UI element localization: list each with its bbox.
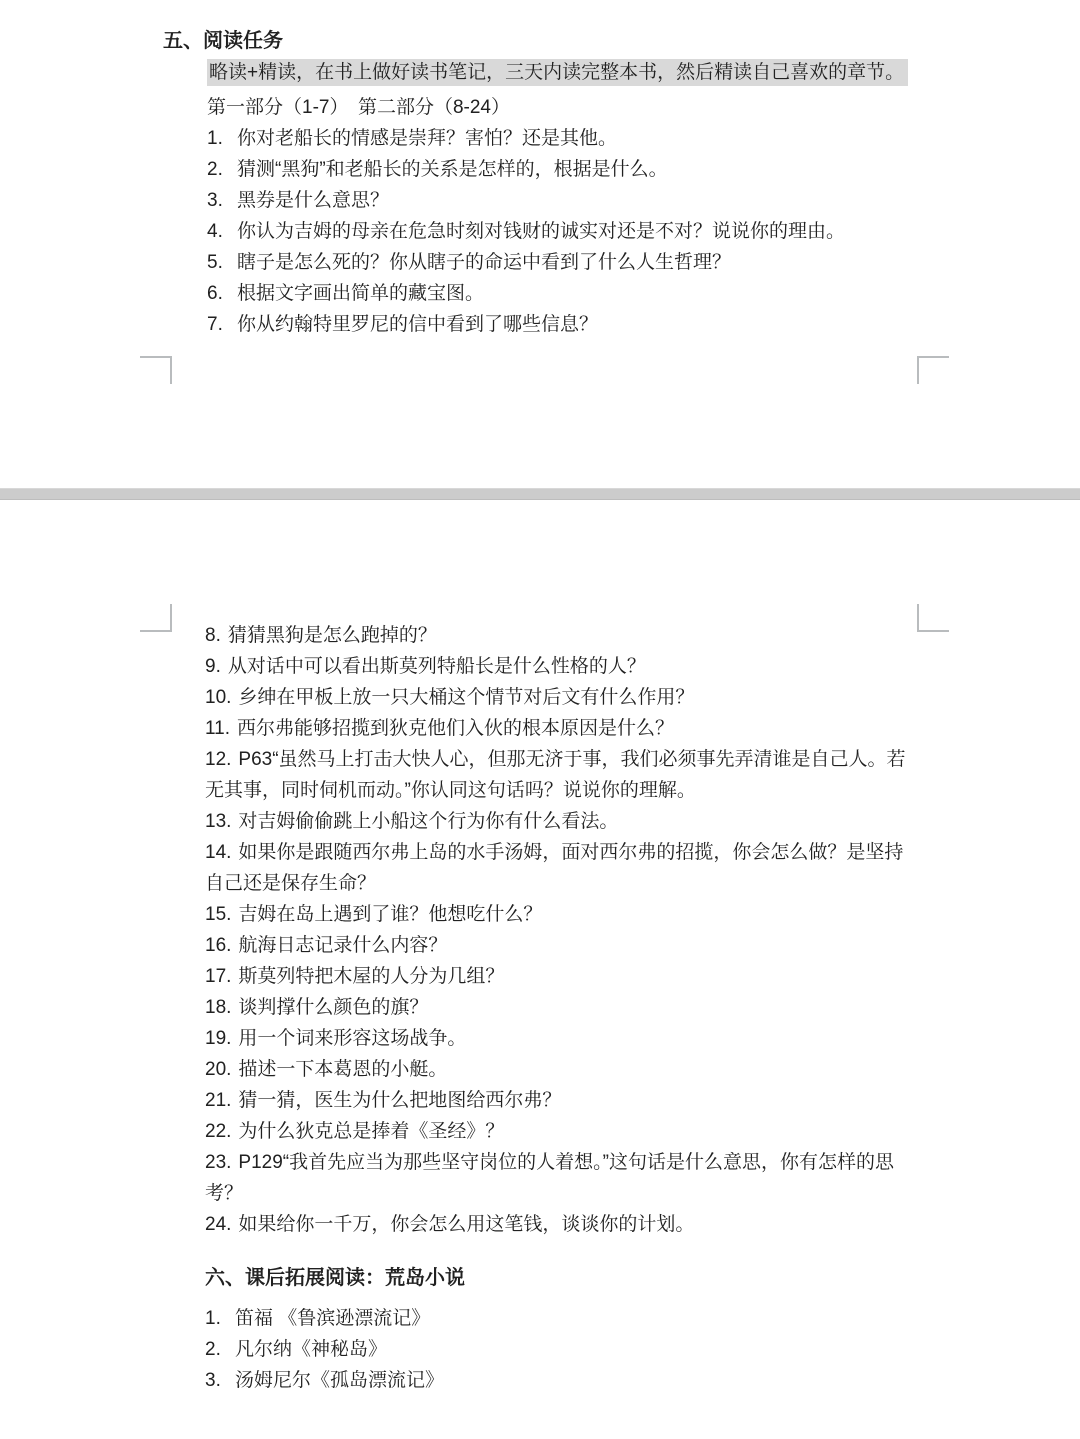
question-text: 对吉姆偷偷跳上小船这个行为你有什么看法。 xyxy=(238,811,618,832)
question-number: 7. xyxy=(207,309,237,340)
question-number: 20. xyxy=(205,1059,231,1080)
page1-bottom-left-margin-mark xyxy=(140,356,172,384)
question-text: 描述一下本葛恩的小艇。 xyxy=(238,1059,447,1080)
page2-top-left-margin-mark xyxy=(140,604,172,632)
question-item: 4. 你认为吉姆的母亲在危急时刻对钱财的诚实对还是不对？说说你的理由。 xyxy=(207,216,927,247)
question-number: 6. xyxy=(207,278,237,309)
question-item: 20.描述一下本葛恩的小艇。 xyxy=(205,1054,935,1085)
question-text: 吉姆在岛上遇到了谁？他想吃什么？ xyxy=(238,904,542,925)
question-item: 18.谈判撑什么颜色的旗？ xyxy=(205,992,935,1023)
question-number: 1. xyxy=(207,123,237,154)
question-text-continued: 考？ xyxy=(205,1178,935,1209)
question-text: 你认为吉姆的母亲在危急时刻对钱财的诚实对还是不对？说说你的理由。 xyxy=(237,216,845,247)
book-number: 3. xyxy=(205,1365,235,1396)
book-number: 1. xyxy=(205,1303,235,1334)
question-number: 9. xyxy=(205,656,221,677)
document-page-view: 五、阅读任务 略读+精读，在书上做好读书笔记，三天内读完整本书，然后精读自己喜欢… xyxy=(0,0,1080,1439)
highlighted-text: 略读+精读，在书上做好读书笔记，三天内读完整本书，然后精读自己喜欢的章节。 xyxy=(207,59,908,86)
question-text: 黑券是什么意思？ xyxy=(237,185,389,216)
question-item: 23.P129“我首先应当为那些坚守岗位的人着想。”这句话是什么意思，你有怎样的… xyxy=(205,1147,935,1209)
book-list-item: 2. 凡尔纳《神秘岛》 xyxy=(205,1334,935,1365)
question-number: 2. xyxy=(207,154,237,185)
question-item: 9.从对话中可以看出斯莫列特船长是什么性格的人？ xyxy=(205,651,935,682)
question-text: 猜一猜，医生为什么把地图给西尔弗？ xyxy=(238,1090,561,1111)
question-text: 航海日志记录什么内容？ xyxy=(238,935,447,956)
question-number: 24. xyxy=(205,1214,231,1235)
book-list-item: 3. 汤姆尼尔《孤岛漂流记》 xyxy=(205,1365,935,1396)
question-text: 从对话中可以看出斯莫列特船长是什么性格的人？ xyxy=(228,656,646,677)
question-text: 瞎子是怎么死的？你从瞎子的命运中看到了什么人生哲理？ xyxy=(237,247,731,278)
question-item: 15.吉姆在岛上遇到了谁？他想吃什么？ xyxy=(205,899,935,930)
book-title: 汤姆尼尔《孤岛漂流记》 xyxy=(235,1365,444,1396)
question-item: 8.猜猜黑狗是怎么跑掉的？ xyxy=(205,620,935,651)
question-number: 8. xyxy=(205,625,221,646)
question-text: 猜猜黑狗是怎么跑掉的？ xyxy=(228,625,437,646)
question-text: 谈判撑什么颜色的旗？ xyxy=(238,997,428,1018)
question-number: 3. xyxy=(207,185,237,216)
book-title: 凡尔纳《神秘岛》 xyxy=(235,1334,387,1365)
question-item: 10.乡绅在甲板上放一只大桶这个情节对后文有什么作用？ xyxy=(205,682,935,713)
question-number: 18. xyxy=(205,997,231,1018)
parts-line: 第一部分（1-7） 第二部分（8-24） xyxy=(207,92,927,123)
question-number: 17. xyxy=(205,966,231,987)
question-item: 24.如果给你一千万，你会怎么用这笔钱，谈谈你的计划。 xyxy=(205,1209,935,1240)
question-text: 你从约翰特里罗尼的信中看到了哪些信息？ xyxy=(237,309,598,340)
reading-plan-line: 略读+精读，在书上做好读书笔记，三天内读完整本书，然后精读自己喜欢的章节。 xyxy=(207,57,927,88)
question-item: 12.P63“虽然马上打击大快人心，但那无济于事，我们必须事先弄清谁是自己人。若… xyxy=(205,744,935,806)
question-number: 10. xyxy=(205,687,231,708)
question-text: 西尔弗能够招揽到狄克他们入伙的根本原因是什么？ xyxy=(237,718,674,739)
book-number: 2. xyxy=(205,1334,235,1365)
question-number: 21. xyxy=(205,1090,231,1111)
question-item: 7. 你从约翰特里罗尼的信中看到了哪些信息？ xyxy=(207,309,927,340)
question-number: 14. xyxy=(205,842,231,863)
question-text: P129“我首先应当为那些坚守岗位的人着想。”这句话是什么意思，你有怎样的思 xyxy=(238,1152,894,1173)
question-text: 根据文字画出简单的藏宝图。 xyxy=(237,278,484,309)
question-item: 13.对吉姆偷偷跳上小船这个行为你有什么看法。 xyxy=(205,806,935,837)
question-item: 17.斯莫列特把木屋的人分为几组？ xyxy=(205,961,935,992)
question-item: 1. 你对老船长的情感是崇拜？害怕？还是其他。 xyxy=(207,123,927,154)
question-item: 22.为什么狄克总是捧着《圣经》？ xyxy=(205,1116,935,1147)
question-text: 用一个词来形容这场战争。 xyxy=(238,1028,466,1049)
question-item: 6. 根据文字画出简单的藏宝图。 xyxy=(207,278,927,309)
section-5-heading: 五、阅读任务 xyxy=(163,26,283,57)
question-number: 4. xyxy=(207,216,237,247)
question-number: 23. xyxy=(205,1152,231,1173)
question-item: 11.西尔弗能够招揽到狄克他们入伙的根本原因是什么？ xyxy=(205,713,935,744)
question-item: 5. 瞎子是怎么死的？你从瞎子的命运中看到了什么人生哲理？ xyxy=(207,247,927,278)
question-item: 2. 猜测“黑狗”和老船长的关系是怎样的，根据是什么。 xyxy=(207,154,927,185)
question-item: 16.航海日志记录什么内容？ xyxy=(205,930,935,961)
question-text-continued: 自己还是保存生命？ xyxy=(205,868,935,899)
question-item: 19.用一个词来形容这场战争。 xyxy=(205,1023,935,1054)
question-text: 斯莫列特把木屋的人分为几组？ xyxy=(238,966,504,987)
question-text: 猜测“黑狗”和老船长的关系是怎样的，根据是什么。 xyxy=(237,154,668,185)
question-item: 14.如果你是跟随西尔弗上岛的水手汤姆，面对西尔弗的招揽，你会怎么做？是坚持自己… xyxy=(205,837,935,899)
question-number: 12. xyxy=(205,749,231,770)
question-item: 21.猜一猜，医生为什么把地图给西尔弗？ xyxy=(205,1085,935,1116)
question-text: 如果给你一千万，你会怎么用这笔钱，谈谈你的计划。 xyxy=(238,1214,694,1235)
page-break-divider xyxy=(0,488,1080,500)
question-item: 3. 黑券是什么意思？ xyxy=(207,185,927,216)
question-number: 15. xyxy=(205,904,231,925)
question-number: 5. xyxy=(207,247,237,278)
question-text: 为什么狄克总是捧着《圣经》？ xyxy=(238,1121,504,1142)
question-text: 乡绅在甲板上放一只大桶这个情节对后文有什么作用？ xyxy=(238,687,694,708)
question-text: 如果你是跟随西尔弗上岛的水手汤姆，面对西尔弗的招揽，你会怎么做？是坚持 xyxy=(238,842,903,863)
book-list-item: 1. 笛福 《鲁滨逊漂流记》 xyxy=(205,1303,935,1334)
question-number: 11. xyxy=(205,718,230,739)
book-title: 笛福 《鲁滨逊漂流记》 xyxy=(235,1303,430,1334)
question-text-continued: 无其事，同时伺机而动。”你认同这句话吗？说说你的理解。 xyxy=(205,775,935,806)
question-number: 13. xyxy=(205,811,231,832)
question-text: P63“虽然马上打击大快人心，但那无济于事，我们必须事先弄清谁是自己人。若 xyxy=(238,749,905,770)
page1-bottom-right-margin-mark xyxy=(917,356,949,384)
page-2-content: 8.猜猜黑狗是怎么跑掉的？ 9.从对话中可以看出斯莫列特船长是什么性格的人？ 1… xyxy=(205,620,935,1396)
section-6-heading: 六、课后拓展阅读：荒岛小说 xyxy=(205,1263,935,1294)
question-number: 16. xyxy=(205,935,231,956)
page-1-content: 略读+精读，在书上做好读书笔记，三天内读完整本书，然后精读自己喜欢的章节。 第一… xyxy=(207,57,927,340)
question-number: 22. xyxy=(205,1121,231,1142)
question-number: 19. xyxy=(205,1028,231,1049)
question-text: 你对老船长的情感是崇拜？害怕？还是其他。 xyxy=(237,123,617,154)
